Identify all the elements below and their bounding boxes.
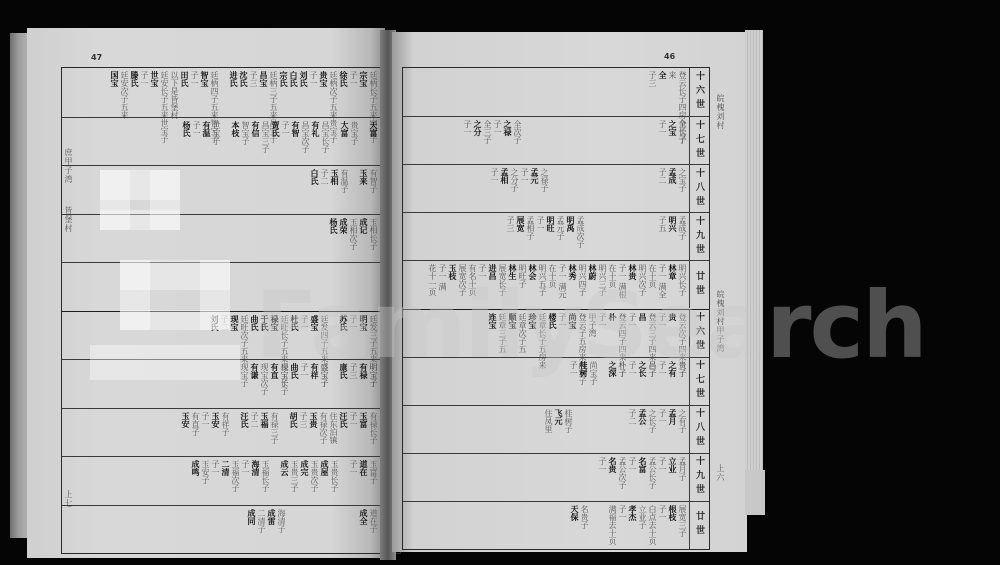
spacer bbox=[350, 169, 358, 212]
spacer bbox=[631, 216, 639, 258]
genealogy-table-right: 十六世登云长子四房全长子来全子三十七世全长子之宝子一全次子之禄子一全三子之分子一… bbox=[402, 67, 710, 550]
person-name: 根枝 bbox=[668, 505, 677, 547]
lineage-note: 有禄三子 bbox=[270, 412, 279, 455]
lineage-note: 之长子 bbox=[648, 409, 657, 451]
spacer bbox=[314, 509, 322, 552]
lineage-note: 廷旺次子五来现宝子 bbox=[240, 315, 249, 358]
lineage-note: 登云子五房来尚宝子 bbox=[578, 313, 587, 355]
generation-label: 十七世 bbox=[693, 360, 706, 402]
entries-container: 玉富子道在子一玉贵长子成屋玉贵次子成完玉贵三子成云玉福长子海清子一玉福次子二清子… bbox=[64, 460, 378, 503]
book-edge-right bbox=[745, 30, 763, 470]
person-name: 海清 bbox=[251, 460, 260, 503]
spacer bbox=[296, 509, 304, 552]
lineage-note: 子一 bbox=[658, 457, 667, 499]
generation-row: 十八世之宝子孟成子二之禄子孟元子一之分子孟相子一 bbox=[403, 164, 709, 212]
person-name: 孟公 bbox=[638, 409, 647, 451]
lineage-note: 廷安长子五来世宝子 bbox=[160, 71, 169, 115]
lineage-note: 有禄长子 bbox=[369, 412, 378, 455]
person-name: 二清 bbox=[221, 460, 230, 503]
person-name: 进昌 bbox=[488, 264, 497, 306]
person-name: 有谦 bbox=[250, 363, 259, 406]
lineage-note: 之分子 bbox=[510, 168, 519, 210]
lineage-note: 孟公次子 bbox=[618, 457, 627, 499]
lineage-note: 以下是皆堡村 bbox=[170, 71, 179, 115]
lineage-note: 子一 bbox=[349, 460, 358, 503]
person-name: 康氏 bbox=[339, 363, 348, 406]
generation-label: 廿世 bbox=[693, 511, 706, 539]
margin-title-right-upper: 皖槐刘村 bbox=[715, 94, 726, 130]
generation-row: 十九世孟成子明兴子五孟成次子明禹孟元子明旺子一孟相子展宽子三 bbox=[403, 212, 709, 260]
generation-label: 十七世 bbox=[693, 120, 706, 162]
lineage-note: 子三 bbox=[299, 412, 308, 455]
generation-label-cell: 十七世 bbox=[689, 358, 709, 405]
entries-container: 明兴长子林章子一 满全在十页明兴次子林贵子一 满根在十页明兴三子林蔚明兴四子林秀… bbox=[405, 264, 687, 306]
spacer bbox=[532, 120, 540, 162]
person-name: 成荣 bbox=[339, 218, 348, 261]
lineage-note: 子一 bbox=[300, 315, 309, 358]
spacer bbox=[586, 168, 594, 210]
lineage-note: 明兴长子 bbox=[678, 264, 687, 306]
generation-row: 廿世道在子成全海清子成雷二清子成同 bbox=[62, 505, 400, 554]
spacer bbox=[599, 361, 607, 403]
spacer bbox=[649, 216, 657, 258]
spacer bbox=[586, 216, 594, 258]
person-name: 林秀 bbox=[568, 264, 577, 306]
margin-title-right-lower: 皖槐刘村甲子湾 bbox=[715, 290, 726, 353]
spacer bbox=[613, 120, 621, 162]
spacer bbox=[640, 168, 648, 210]
spacer bbox=[350, 509, 358, 552]
person-name: 杜氏 bbox=[290, 315, 299, 358]
lineage-note: 廷章次子五 bbox=[518, 313, 527, 355]
entries-container: 之宝子孟成子二之禄子孟元子一之分子孟相子一 bbox=[405, 168, 687, 210]
person-name: 之宝 bbox=[668, 120, 677, 162]
lineage-note: 子三 bbox=[249, 71, 258, 115]
person-name: 汪氏 bbox=[339, 412, 348, 455]
page-number-right: 46 bbox=[664, 52, 675, 61]
lineage-note: 白点去十页 bbox=[648, 505, 657, 547]
person-name: 名富 bbox=[638, 457, 647, 499]
lineage-note: 明兴三子 bbox=[598, 264, 607, 306]
entries-container: 贵子之有子一昌子之长子一朴子之深尚宝子桂树子一 bbox=[405, 361, 687, 403]
person-name: 展宽 bbox=[516, 216, 525, 258]
person-name: 明兴 bbox=[668, 216, 677, 258]
lineage-note: 昌宝三子 bbox=[261, 121, 270, 164]
lineage-note: 玉贵次子 bbox=[310, 460, 319, 503]
lineage-note: 现宝次子 bbox=[260, 363, 269, 406]
person-name: 明禹 bbox=[566, 216, 575, 258]
spacer bbox=[604, 216, 612, 258]
person-name: 楼氏 bbox=[548, 313, 557, 355]
entries-container: 廷柄长子五来宗宝子宗宝子一徐氏廷柄次子五来贵宝子贵宝子一刘氏白氏宗氏廷柄三子五来… bbox=[64, 71, 378, 115]
lineage-note: 子一 bbox=[658, 505, 667, 547]
spacer bbox=[592, 409, 600, 451]
lineage-note: 孟成次子 bbox=[576, 216, 585, 258]
spacer bbox=[331, 121, 339, 164]
lineage-note: 子一 bbox=[281, 121, 290, 164]
lineage-note: 子一 bbox=[241, 460, 250, 503]
person-name: 曲氏 bbox=[290, 363, 299, 406]
person-name: 昌 bbox=[638, 313, 647, 355]
person-name: 玉安 bbox=[211, 412, 220, 455]
person-name: 于氏 bbox=[260, 315, 269, 358]
lineage-note: 贵子 bbox=[678, 361, 687, 403]
lineage-note: 子一 满 bbox=[438, 264, 447, 306]
person-name: 道在 bbox=[359, 460, 368, 503]
lineage-note: 廷柄次子五来贵宝子 bbox=[329, 71, 338, 115]
lineage-note: 玉相次子 bbox=[349, 218, 358, 261]
generation-row: 十七世贵子之有子一昌子之长子一朴子之深尚宝子桂树子一 bbox=[403, 357, 709, 405]
person-name: 林生 bbox=[508, 264, 517, 306]
lineage-note: 有智子 bbox=[369, 169, 378, 212]
spacer bbox=[222, 121, 230, 164]
spacer bbox=[595, 168, 603, 210]
lineage-note: 明宝子 bbox=[369, 363, 378, 406]
generation-label-cell: 十七世 bbox=[689, 117, 709, 164]
generation-row: 十七世全长子之宝子一全次子之禄子一全三子之分子一 bbox=[403, 116, 709, 164]
person-name: 全 bbox=[658, 71, 667, 114]
lineage-note: 明兴四子 bbox=[578, 264, 587, 306]
lineage-note: 明兴五子 bbox=[538, 264, 547, 306]
lineage-note: 展宽长子 bbox=[498, 264, 507, 306]
lineage-note: 子一 bbox=[201, 412, 210, 455]
lineage-note: 昌子 bbox=[648, 361, 657, 403]
spacer bbox=[601, 409, 609, 451]
spacer bbox=[583, 409, 591, 451]
lineage-note: 廷柄长子五来宗宝子 bbox=[369, 71, 378, 115]
person-name: 成全 bbox=[359, 509, 368, 552]
lineage-note: 登云三子四来昌子 bbox=[648, 313, 657, 355]
lineage-note: 之禄子 bbox=[540, 168, 549, 210]
person-name: 成云 bbox=[280, 460, 289, 503]
person-name: 宗宝 bbox=[359, 71, 368, 115]
generation-label: 十六世 bbox=[693, 71, 706, 113]
lineage-note: 有禄次子 bbox=[319, 412, 328, 455]
generation-label: 十八世 bbox=[693, 168, 706, 210]
person-name: 成完 bbox=[300, 460, 309, 503]
lineage-note: 子三 bbox=[648, 71, 657, 114]
entries-container: 展宽三子根枝子一白点去十页立业子孝杰子一满福去十页名贵子天保 bbox=[405, 505, 687, 547]
lineage-note: 廷安次子五来 bbox=[120, 71, 129, 115]
lineage-note: 子一 bbox=[478, 264, 487, 306]
entries-container: 全长子之宝子一全次子之禄子一全三子之分子一 bbox=[405, 120, 687, 162]
lineage-note: 甲子湾 bbox=[588, 313, 597, 355]
lineage-note: 二清子 bbox=[257, 509, 266, 552]
folio-right: 上六 bbox=[715, 464, 726, 482]
lineage-note: 子五 bbox=[658, 216, 667, 258]
lineage-note: 展宽三子 bbox=[678, 505, 687, 547]
lineage-note: 现宝长子 bbox=[280, 363, 289, 406]
lineage-note: 子一 bbox=[211, 460, 220, 503]
lineage-note: 孟公长子 bbox=[648, 457, 657, 499]
person-name: 胡氏 bbox=[289, 412, 298, 455]
lineage-note: 子一 bbox=[140, 71, 149, 115]
lineage-note: 玉贵三子 bbox=[290, 460, 299, 503]
spacer bbox=[332, 509, 340, 552]
entries-container: 天富贵宝子大富昌宝长子有礼昌宝次子有智子一贾氏昌宝三子有信智宝子本枝世宝子有温子… bbox=[64, 121, 378, 164]
person-name: 曲氏 bbox=[250, 315, 259, 358]
person-name: 汪氏 bbox=[240, 412, 249, 455]
generation-row: 十九世玉富子道在子一玉贵长子成屋玉贵次子成完玉贵三子成云玉福长子海清子一玉福次子… bbox=[62, 456, 400, 505]
lineage-note: 子一 满根 bbox=[618, 264, 627, 306]
spacer bbox=[305, 509, 313, 552]
spacer bbox=[231, 412, 239, 455]
person-name: 成鸣 bbox=[191, 460, 200, 503]
person-name: 田氏 bbox=[180, 71, 189, 115]
person-name: 天保 bbox=[570, 505, 579, 547]
lineage-note: 子一 bbox=[628, 313, 637, 355]
spacer bbox=[619, 409, 627, 451]
lineage-note: 盛宝子 bbox=[320, 363, 329, 406]
lineage-note: 子一 bbox=[300, 363, 309, 406]
lineage-note: 子一 bbox=[618, 505, 627, 547]
generation-row: 十九世孟月子立业子一孟公长子名富子一孟公次子名贵子一 bbox=[403, 453, 709, 501]
spacer bbox=[523, 120, 531, 162]
lineage-note: 子三 bbox=[506, 216, 515, 258]
lineage-note: 尚宝子 bbox=[589, 361, 598, 403]
person-name: 孝杰 bbox=[628, 505, 637, 547]
person-name: 贵宝 bbox=[319, 71, 328, 115]
generation-row: 十八世有禄长子玉富子一汪氏住东泊镇有禄次子玉贵子三胡氏有禄三子玉福子二汪氏有祥子… bbox=[62, 408, 400, 457]
lineage-note: 子一 bbox=[628, 457, 637, 499]
person-name: 成记 bbox=[359, 218, 368, 261]
spacer bbox=[622, 168, 630, 210]
person-name: 明宝 bbox=[359, 315, 368, 358]
lineage-note: 孟月子 bbox=[678, 457, 687, 499]
lineage-note: 孟成子 bbox=[678, 216, 687, 258]
person-name: 名贵 bbox=[608, 457, 617, 499]
person-name: 桂树 bbox=[579, 361, 588, 403]
lineage-note: 立业子 bbox=[638, 505, 647, 547]
lineage-note: 世宝子 bbox=[212, 121, 221, 164]
generation-row: 廿世展宽三子根枝子一白点去十页立业子孝杰子一满福去十页名贵子天保 bbox=[403, 501, 709, 549]
lineage-note: 子一 bbox=[628, 361, 637, 403]
lineage-note: 全三子 bbox=[483, 120, 492, 162]
lineage-note: 有温子 bbox=[340, 169, 349, 212]
generation-label-cell: 十六世 bbox=[689, 310, 709, 357]
lineage-note: 展宽次子 bbox=[458, 264, 467, 306]
person-name: 林蔚 bbox=[588, 264, 597, 306]
lineage-note: 来 bbox=[668, 71, 677, 114]
lineage-note: 子一 bbox=[349, 315, 358, 358]
person-name: 之有 bbox=[668, 361, 677, 403]
generation-label-cell: 十九世 bbox=[689, 454, 709, 501]
person-name: 林贵 bbox=[628, 264, 637, 306]
person-name: 孟元 bbox=[530, 168, 539, 210]
person-name: 世宝 bbox=[150, 71, 159, 115]
lineage-note: 子二 bbox=[320, 169, 329, 212]
generation-label: 十八世 bbox=[693, 408, 706, 450]
person-name: 有礼 bbox=[311, 121, 320, 164]
person-name: 成屋 bbox=[320, 460, 329, 503]
lineage-note: 有祥子 bbox=[221, 412, 230, 455]
spacer bbox=[622, 216, 630, 258]
generation-row: 十六世廷柄长子五来宗宝子宗宝子一徐氏廷柄次子五来贵宝子贵宝子一刘氏白氏宗氏廷柄三… bbox=[62, 68, 400, 117]
person-name: 之深 bbox=[608, 361, 617, 403]
lineage-note: 玉贵长子 bbox=[330, 460, 339, 503]
person-name: 杨氏 bbox=[329, 218, 338, 261]
person-name: 滕氏 bbox=[130, 71, 139, 115]
person-name: 林章 bbox=[668, 264, 677, 306]
person-name: 孟相 bbox=[500, 168, 509, 210]
lineage-note: 子一 bbox=[558, 313, 567, 355]
spacer bbox=[595, 120, 603, 162]
generation-label: 十六世 bbox=[693, 312, 706, 354]
lineage-note: 贵宝子 bbox=[350, 121, 359, 164]
generation-label: 十九世 bbox=[693, 216, 706, 258]
entries-container: 有禄长子玉富子一汪氏住东泊镇有禄次子玉贵子三胡氏有禄三子玉福子二汪氏有祥子玉安子… bbox=[64, 412, 378, 455]
generation-label: 十九世 bbox=[693, 456, 706, 498]
spacer bbox=[586, 120, 594, 162]
lineage-note: 廷发三子五来明宝子 bbox=[369, 315, 378, 358]
spacer bbox=[559, 120, 567, 162]
person-name: 玉贵 bbox=[309, 412, 318, 455]
lineage-note: 子一 满全 bbox=[658, 264, 667, 306]
spacer bbox=[577, 168, 585, 210]
person-name: 有智 bbox=[291, 121, 300, 164]
person-name: 珍宝 bbox=[528, 313, 537, 355]
spacer bbox=[559, 168, 567, 210]
entries-container: 孟成子明兴子五孟成次子明禹孟元子明旺子一孟相子展宽子三 bbox=[405, 216, 687, 258]
lineage-note: 住凤里 bbox=[544, 409, 553, 451]
person-name: 成同 bbox=[247, 509, 256, 552]
person-name: 玉富 bbox=[359, 412, 368, 455]
lineage-note: 花十一页 bbox=[428, 264, 437, 306]
lineage-note: 廷章长子五房来 bbox=[538, 313, 547, 355]
lineage-note: 玉福次子 bbox=[231, 460, 240, 503]
spacer bbox=[604, 168, 612, 210]
spacer bbox=[271, 460, 279, 503]
spacer bbox=[631, 120, 639, 162]
person-name: 天富 bbox=[369, 121, 378, 164]
lineage-note: 桂树子 bbox=[564, 409, 573, 451]
person-name: 玉安 bbox=[181, 412, 190, 455]
lineage-note: 子一 bbox=[658, 361, 667, 403]
spacer bbox=[613, 216, 621, 258]
generation-label-cell: 廿世 bbox=[689, 502, 709, 549]
person-name: 明旺 bbox=[546, 216, 555, 258]
person-name: 之长 bbox=[638, 361, 647, 403]
lineage-note: 全次子 bbox=[513, 120, 522, 162]
person-name: 刘氏 bbox=[299, 71, 308, 115]
lineage-note: 玉相长子 bbox=[369, 218, 378, 261]
lineage-note: 有直子 bbox=[191, 412, 200, 455]
lineage-note: 子一 bbox=[490, 168, 499, 210]
spacer bbox=[640, 120, 648, 162]
spacer bbox=[590, 505, 598, 547]
lineage-note: 在十页 bbox=[648, 264, 657, 306]
generation-label-cell: 廿世 bbox=[689, 261, 709, 308]
spacer bbox=[341, 509, 349, 552]
person-name: 贾氏 bbox=[271, 121, 280, 164]
lineage-note: 子一 bbox=[598, 457, 607, 499]
entries-container: 之有子孟月子一之长子孟公子二桂树子飞元住凤里 bbox=[405, 409, 687, 451]
spacer bbox=[220, 71, 228, 115]
lineage-note: 明兴次子 bbox=[638, 264, 647, 306]
lineage-note: 登云四子四来朴子 bbox=[618, 313, 627, 355]
lineage-note: 满福去十页 bbox=[608, 505, 617, 547]
person-name: 孟成 bbox=[668, 168, 677, 210]
spacer bbox=[323, 509, 331, 552]
person-name: 玉来 bbox=[359, 169, 368, 212]
entries-container: 登云长子四房全长子来全子三 bbox=[405, 71, 687, 114]
lineage-note: 子一 bbox=[658, 313, 667, 355]
lineage-note: 子一 bbox=[520, 168, 529, 210]
spacer bbox=[568, 168, 576, 210]
generation-label-cell: 十八世 bbox=[689, 406, 709, 453]
spacer bbox=[640, 216, 648, 258]
spacer bbox=[649, 168, 657, 210]
lineage-note: 子一 bbox=[190, 71, 199, 115]
person-name: 国宝 bbox=[110, 71, 119, 115]
lineage-note: 朴子 bbox=[618, 361, 627, 403]
lineage-note: 登云次子四来贵子 bbox=[678, 313, 687, 355]
person-name: 飞元 bbox=[554, 409, 563, 451]
spacer bbox=[360, 121, 368, 164]
person-name: 昌宝 bbox=[259, 71, 268, 115]
person-name: 白氏 bbox=[289, 71, 298, 115]
lineage-note: 孟元子 bbox=[556, 216, 565, 258]
lineage-note: 子一 bbox=[658, 409, 667, 451]
spacer bbox=[280, 412, 288, 455]
lineage-note: 在十页 bbox=[548, 264, 557, 306]
lineage-note: 智宝子 bbox=[241, 121, 250, 164]
page-number-left: 47 bbox=[91, 53, 102, 62]
familysearch-logo-watermark bbox=[100, 170, 240, 380]
spacer bbox=[330, 363, 338, 406]
lineage-note: 有名十页 bbox=[468, 264, 477, 306]
lineage-note: 孟相子 bbox=[526, 216, 535, 258]
person-name: 进氏 bbox=[229, 71, 238, 115]
person-name: 杨氏 bbox=[182, 121, 191, 164]
lineage-note: 海清子 bbox=[277, 509, 286, 552]
lineage-note: 登云长子四房全长子 bbox=[678, 71, 687, 114]
spacer bbox=[631, 168, 639, 210]
person-name: 徐氏 bbox=[339, 71, 348, 115]
lineage-note: 子一 bbox=[192, 121, 201, 164]
lineage-note: 廷柄三子五来昌宝子 bbox=[269, 71, 278, 115]
person-name: 朴 bbox=[608, 313, 617, 355]
entries-container: 孟月子立业子一孟公长子名富子一孟公次子名贵子一 bbox=[405, 457, 687, 499]
spacer bbox=[550, 120, 558, 162]
lineage-note: 子一 bbox=[536, 216, 545, 258]
person-name: 成雷 bbox=[267, 509, 276, 552]
spacer bbox=[604, 120, 612, 162]
spacer bbox=[340, 460, 348, 503]
book-edge-right-lower bbox=[745, 470, 765, 515]
lineage-note: 住东泊镇 bbox=[329, 412, 338, 455]
spacer bbox=[287, 509, 295, 552]
right-page: 46 皖槐刘村 皖槐刘村甲子湾 上六 十六世登云长子四房全长子来全子三十七世全长… bbox=[392, 32, 747, 552]
person-name: 智宝 bbox=[200, 71, 209, 115]
spacer bbox=[595, 216, 603, 258]
generation-row: 十七世天富贵宝子大富昌宝长子有礼昌宝次子有智子一贾氏昌宝三子有信智宝子本枝世宝子… bbox=[62, 117, 400, 166]
person-name: 白氏 bbox=[310, 169, 319, 212]
person-name: 有温 bbox=[202, 121, 211, 164]
spacer bbox=[541, 120, 549, 162]
generation-label-cell: 十六世 bbox=[689, 68, 709, 116]
spacer bbox=[622, 120, 630, 162]
person-name: 宗氏 bbox=[279, 71, 288, 115]
lineage-note: 子一 bbox=[349, 412, 358, 455]
person-name: 有信 bbox=[251, 121, 260, 164]
spacer bbox=[330, 315, 338, 358]
spacer bbox=[610, 409, 618, 451]
person-name: 大富 bbox=[340, 121, 349, 164]
generation-label-cell: 十九世 bbox=[689, 213, 709, 260]
person-name: 顺宝 bbox=[508, 313, 517, 355]
lineage-note: 子一 bbox=[349, 71, 358, 115]
